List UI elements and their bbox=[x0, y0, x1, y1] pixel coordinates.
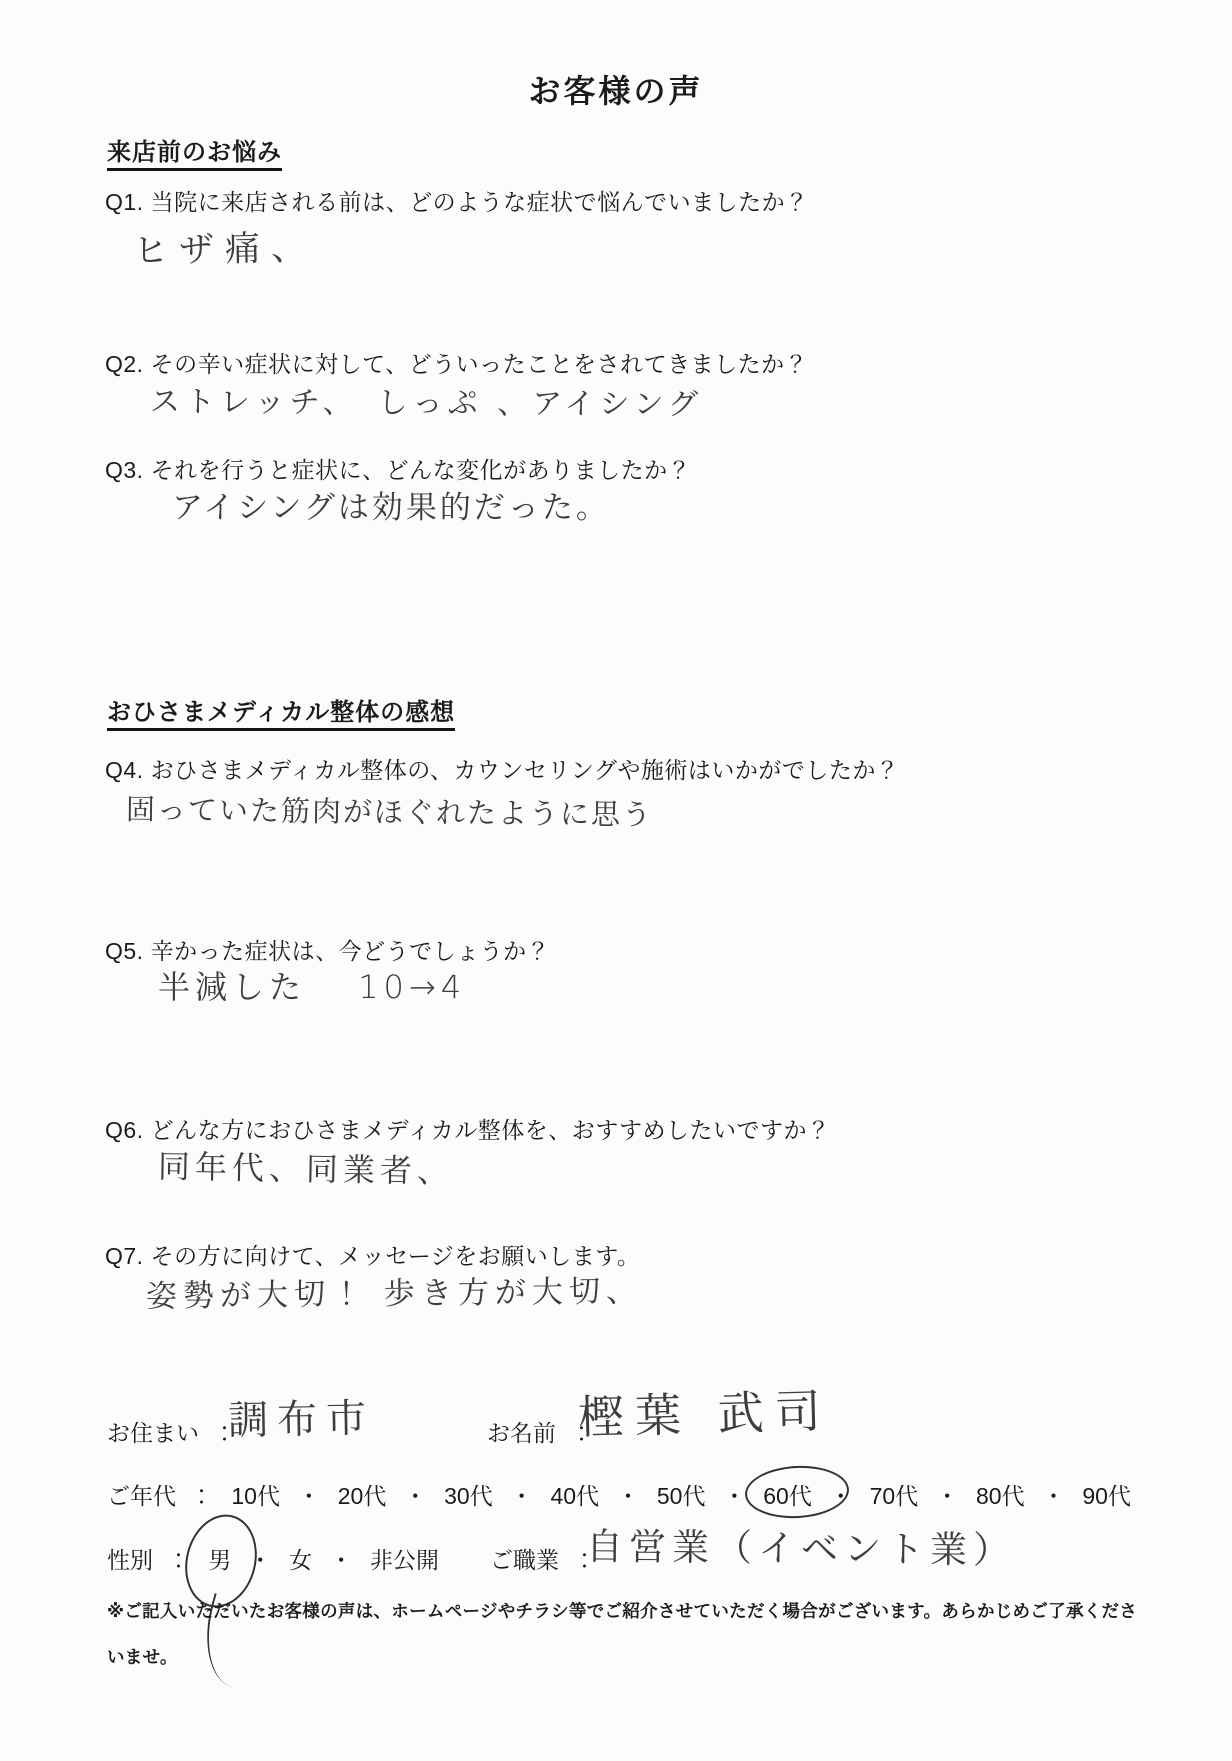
age-option-50s: 50代 bbox=[657, 1478, 706, 1511]
handwritten-answer-q4: 固っていた筋肉がほぐれたように思う bbox=[126, 787, 653, 834]
job-label: ご職業 bbox=[490, 1547, 559, 1573]
handwritten-answer-q1: ヒザ痛、 bbox=[132, 220, 317, 274]
question-q1-number: Q1. bbox=[105, 189, 144, 215]
age-option-label: 90代 bbox=[1082, 1483, 1131, 1509]
age-option-label: 40代 bbox=[551, 1483, 600, 1509]
gender-option-female: 女 bbox=[289, 1542, 312, 1575]
gender-label: 性別 bbox=[107, 1547, 153, 1573]
separator-dot: ・ bbox=[297, 1483, 320, 1509]
gender-option-label: 女 bbox=[289, 1547, 312, 1573]
handwritten-answer-q2: ストレッチ、 しっぷ 、アイシング bbox=[150, 377, 703, 424]
residence-label: お住まい bbox=[107, 1420, 199, 1446]
age-option-label: 50代 bbox=[657, 1483, 706, 1509]
gender-option-label: 非公開 bbox=[370, 1547, 439, 1573]
age-option-label: 10代 bbox=[231, 1483, 280, 1509]
separator-dot: ・ bbox=[617, 1483, 640, 1509]
name-label: お名前 bbox=[487, 1420, 556, 1446]
age-option-30s: 30代 bbox=[444, 1478, 493, 1511]
question-q2-number: Q2. bbox=[105, 351, 144, 377]
question-q1: Q1.当院に来店される前は、どのような症状で悩んでいましたか？ bbox=[105, 184, 809, 217]
age-option-label: 30代 bbox=[444, 1483, 493, 1509]
age-option-10s: 10代 bbox=[231, 1478, 280, 1511]
separator-dot: ・ bbox=[510, 1483, 533, 1509]
handwritten-answer-q7: 姿勢が大切！ 歩き方が大切、 bbox=[146, 1265, 643, 1315]
gender-option-private: 非公開 bbox=[370, 1542, 439, 1575]
separator-dot: ・ bbox=[330, 1547, 353, 1573]
age-row: ご年代： 10代 ・ 20代 ・ 30代 ・ 40代 ・ 50代 ・ 60代 ・… bbox=[107, 1478, 1131, 1511]
question-q4: Q4.おひさまメディカル整体の、カウンセリングや施術はいかがでしたか？ bbox=[105, 752, 899, 785]
age-colon: ： bbox=[190, 1483, 213, 1509]
age-option-80s: 80代 bbox=[976, 1478, 1025, 1511]
question-q3-text: それを行うと症状に、どんな変化がありましたか？ bbox=[151, 457, 692, 483]
question-q4-number: Q4. bbox=[105, 757, 144, 783]
age-option-label: 70代 bbox=[870, 1483, 919, 1509]
age-option-20s: 20代 bbox=[338, 1478, 387, 1511]
question-q3: Q3.それを行うと症状に、どんな変化がありましたか？ bbox=[105, 452, 691, 485]
question-q4-text: おひさまメディカル整体の、カウンセリングや施術はいかがでしたか？ bbox=[151, 757, 900, 783]
job-handwritten-value: 自営業（イベント業） bbox=[586, 1516, 1016, 1574]
age-option-90s: 90代 bbox=[1082, 1478, 1131, 1511]
question-q5-number: Q5. bbox=[105, 938, 144, 964]
disclaimer-text: ※ご記入いただいたお客様の声は、ホームページやチラシ等でご紹介させていただく場合… bbox=[107, 1588, 1152, 1681]
section-heading-impressions: おひさまメディカル整体の感想 bbox=[107, 699, 455, 731]
handwritten-answer-q6: 同年代、同業者、 bbox=[158, 1141, 455, 1192]
gender-colon: ： bbox=[167, 1547, 190, 1573]
age-option-40s: 40代 bbox=[551, 1478, 600, 1511]
gender-option-label: 男 bbox=[208, 1547, 231, 1573]
separator-dot: ・ bbox=[936, 1483, 959, 1509]
gender-option-male-selected: 男 bbox=[208, 1542, 231, 1575]
question-q6: Q6.どんな方におひさまメディカル整体を、おすすめしたいですか？ bbox=[105, 1112, 830, 1145]
question-q3-number: Q3. bbox=[105, 457, 144, 483]
page-title: お客様の声 bbox=[0, 66, 1232, 112]
question-q5-text: 辛かった症状は、今どうでしょうか？ bbox=[151, 938, 551, 964]
separator-dot: ・ bbox=[404, 1483, 427, 1509]
separator-dot: ・ bbox=[829, 1483, 852, 1509]
separator-dot: ・ bbox=[1042, 1483, 1065, 1509]
question-q7-text: その方に向けて、メッセージをお願いします。 bbox=[151, 1243, 641, 1269]
section-heading-before-visit: 来店前のお悩み bbox=[107, 139, 282, 171]
gender-row: 性別： 男 ・ 女 ・ 非公開 bbox=[107, 1542, 439, 1575]
handwritten-answer-q3: アイシングは効果的だった。 bbox=[172, 482, 610, 527]
question-q7-number: Q7. bbox=[105, 1243, 144, 1269]
question-q6-text: どんな方におひさまメディカル整体を、おすすめしたいですか？ bbox=[151, 1117, 831, 1143]
age-option-label: 80代 bbox=[976, 1483, 1025, 1509]
question-q2: Q2.その辛い症状に対して、どういったことをされてきましたか？ bbox=[105, 346, 808, 379]
age-option-label: 20代 bbox=[338, 1483, 387, 1509]
name-handwritten-value: 樫葉 武司 bbox=[577, 1375, 832, 1448]
age-option-70s: 70代 bbox=[870, 1478, 919, 1511]
question-q2-text: その辛い症状に対して、どういったことをされてきましたか？ bbox=[151, 351, 809, 377]
handwritten-answer-q5: 半減した 10→4 bbox=[158, 962, 466, 1008]
age-option-60s-selected: 60代 bbox=[763, 1478, 812, 1511]
separator-dot: ・ bbox=[249, 1547, 272, 1573]
age-label: ご年代 bbox=[107, 1483, 176, 1509]
question-q6-number: Q6. bbox=[105, 1117, 144, 1143]
separator-dot: ・ bbox=[723, 1483, 746, 1509]
age-option-label: 60代 bbox=[763, 1483, 812, 1509]
question-q1-text: 当院に来店される前は、どのような症状で悩んでいましたか？ bbox=[151, 189, 809, 215]
customer-voice-form: お客様の声 来店前のお悩み Q1.当院に来店される前は、どのような症状で悩んでい… bbox=[0, 0, 1232, 1761]
residence-row: お住まい： bbox=[107, 1415, 248, 1448]
residence-handwritten-value: 調布市 bbox=[228, 1387, 376, 1447]
